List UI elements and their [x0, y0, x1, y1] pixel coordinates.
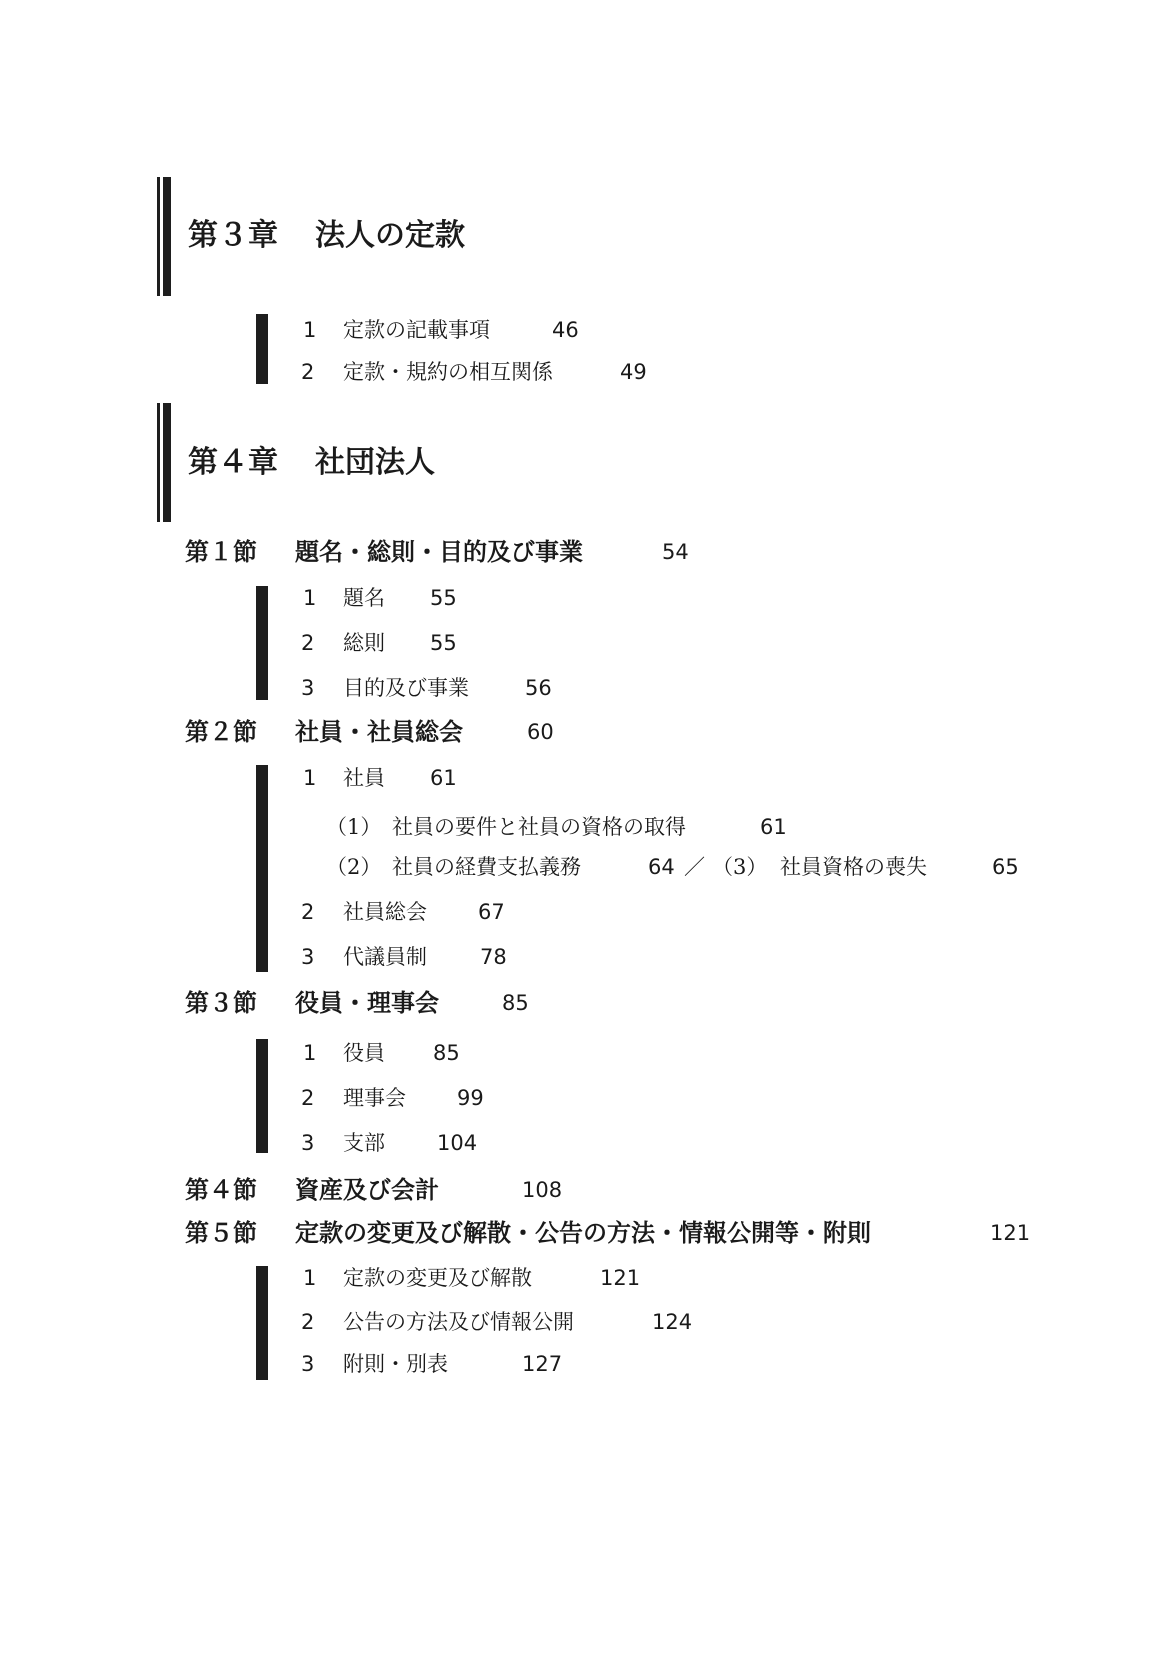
subitem-number: （1）	[326, 813, 381, 841]
item-title[interactable]: 定款・規約の相互関係	[343, 358, 553, 386]
item-title[interactable]: 社員総会	[343, 898, 427, 926]
chapter-title: 法人の定款	[315, 218, 465, 254]
item-page[interactable]: 56	[525, 674, 552, 702]
item-title[interactable]: 目的及び事業	[343, 674, 469, 702]
item-title[interactable]: 理事会	[343, 1084, 406, 1112]
section-page[interactable]: 108	[522, 1176, 562, 1204]
item-title[interactable]: 公告の方法及び情報公開	[343, 1308, 574, 1336]
subitem-title[interactable]: 社員の経費支払義務	[392, 853, 581, 881]
chapter-label: 第３章	[188, 218, 278, 254]
item-page[interactable]: 121	[600, 1264, 640, 1292]
item-number: 2	[301, 898, 314, 926]
chapter-bar-thin	[157, 177, 160, 296]
subitem-title[interactable]: 社員の要件と社員の資格の取得	[392, 813, 686, 841]
item-number: 1	[303, 316, 316, 344]
subitem-number: （3）	[712, 853, 767, 881]
item-number: 2	[301, 358, 314, 386]
item-number: 3	[301, 674, 314, 702]
subitem-separator: ／	[684, 853, 705, 881]
section-page[interactable]: 121	[990, 1219, 1030, 1247]
item-number: 2	[301, 1084, 314, 1112]
section-page[interactable]: 54	[662, 538, 689, 566]
item-number: 1	[303, 1264, 316, 1292]
items-bar	[256, 1266, 268, 1380]
item-title[interactable]: 附則・別表	[343, 1350, 448, 1378]
item-number: 3	[301, 1129, 314, 1157]
item-page[interactable]: 85	[433, 1039, 460, 1067]
item-page[interactable]: 67	[478, 898, 505, 926]
subitem-page[interactable]: 64	[648, 853, 675, 881]
section-label: 第２節	[185, 717, 257, 747]
section-label: 第３節	[185, 988, 257, 1018]
section-page[interactable]: 85	[502, 989, 529, 1017]
chapter-label: 第４章	[188, 445, 278, 481]
item-page[interactable]: 55	[430, 629, 457, 657]
item-number: 1	[303, 764, 316, 792]
item-page[interactable]: 55	[430, 584, 457, 612]
subitem-title[interactable]: 社員資格の喪失	[780, 853, 927, 881]
items-bar	[256, 586, 268, 700]
item-number: 2	[301, 629, 314, 657]
item-title[interactable]: 代議員制	[343, 943, 427, 971]
item-page[interactable]: 99	[457, 1084, 484, 1112]
item-title[interactable]: 社員	[343, 764, 385, 792]
item-title[interactable]: 定款の変更及び解散	[343, 1264, 532, 1292]
item-page[interactable]: 49	[620, 358, 647, 386]
item-page[interactable]: 61	[430, 764, 457, 792]
section-title[interactable]: 役員・理事会	[295, 988, 439, 1018]
item-title[interactable]: 支部	[343, 1129, 385, 1157]
item-page[interactable]: 78	[480, 943, 507, 971]
section-title[interactable]: 定款の変更及び解散・公告の方法・情報公開等・附則	[295, 1218, 871, 1248]
subitem-page[interactable]: 65	[992, 853, 1019, 881]
chapter-bar-thick	[163, 403, 171, 522]
chapter-bar-thick	[163, 177, 171, 296]
item-number: 2	[301, 1308, 314, 1336]
section-title[interactable]: 社員・社員総会	[295, 717, 463, 747]
item-title[interactable]: 題名	[343, 584, 385, 612]
items-bar	[256, 765, 268, 972]
section-label: 第４節	[185, 1175, 257, 1205]
item-title[interactable]: 総則	[343, 629, 385, 657]
item-number: 3	[301, 1350, 314, 1378]
item-page[interactable]: 46	[552, 316, 579, 344]
item-title[interactable]: 役員	[343, 1039, 385, 1067]
section-title[interactable]: 題名・総則・目的及び事業	[295, 537, 583, 567]
item-number: 1	[303, 1039, 316, 1067]
section-label: 第１節	[185, 537, 257, 567]
section-page[interactable]: 60	[527, 718, 554, 746]
chapter-bar-thin	[157, 403, 160, 522]
subitem-page[interactable]: 61	[760, 813, 787, 841]
items-bar	[256, 314, 268, 384]
items-bar	[256, 1039, 268, 1153]
item-page[interactable]: 104	[437, 1129, 477, 1157]
subitem-number: （2）	[326, 853, 381, 881]
item-page[interactable]: 124	[652, 1308, 692, 1336]
item-page[interactable]: 127	[522, 1350, 562, 1378]
chapter-title: 社団法人	[315, 445, 435, 481]
item-number: 1	[303, 584, 316, 612]
item-number: 3	[301, 943, 314, 971]
section-label: 第５節	[185, 1218, 257, 1248]
item-title[interactable]: 定款の記載事項	[343, 316, 490, 344]
section-title[interactable]: 資産及び会計	[295, 1175, 439, 1205]
